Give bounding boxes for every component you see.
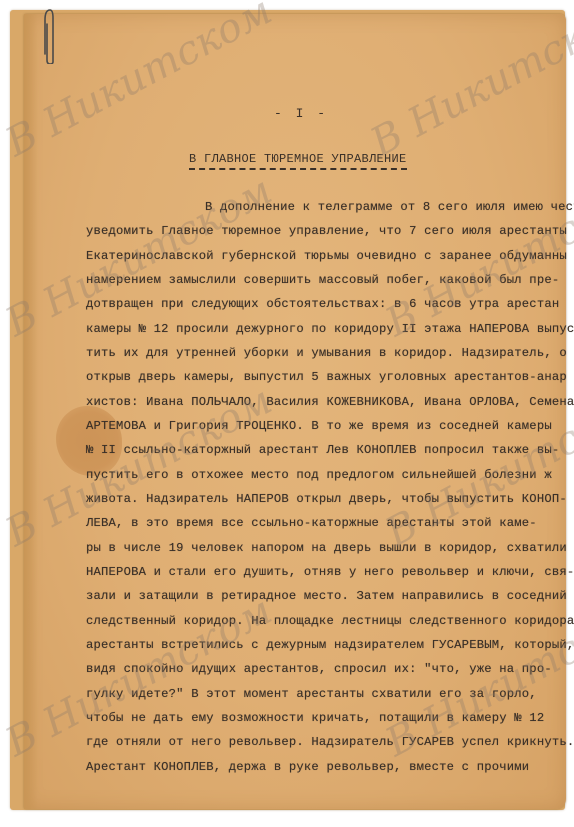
text-line: чтобы не дать ему возможности кричать, п… <box>86 711 544 725</box>
text-line: пустить его в отхожее место под предлого… <box>86 468 552 482</box>
paperclip-icon <box>42 6 54 64</box>
text-line: живота. Надзиратель НАПЕРОВ открыл дверь… <box>86 492 567 506</box>
text-line: ры в числе 19 человек напором на дверь в… <box>86 541 567 555</box>
text-line: АРТЕМОВА и Григория ТРОЦЕНКО. В то же вр… <box>86 419 552 433</box>
water-stain <box>56 406 122 476</box>
text-line: зали и затащили в ретирадное место. Зате… <box>86 589 567 603</box>
document-page: - I - В ГЛАВНОЕ ТЮРЕМНОЕ УПРАВЛЕНИЕ В до… <box>24 14 566 809</box>
text-line: арестанты встретились с дежурным надзира… <box>86 638 574 652</box>
text-line: В дополнение к телеграмме от 8 сего июля… <box>205 200 574 214</box>
document-heading: В ГЛАВНОЕ ТЮРЕМНОЕ УПРАВЛЕНИЕ <box>189 152 407 170</box>
text-line: открыв дверь камеры, выпустил 5 важных у… <box>86 370 567 384</box>
text-line: тить их для утренней уборки и умывания в… <box>86 346 567 360</box>
text-line: камеры № 12 просили дежурного по коридор… <box>86 322 574 336</box>
text-line: видя спокойно идущих арестантов, спросил… <box>86 662 552 676</box>
text-line: уведомить Главное тюремное управление, ч… <box>86 224 567 238</box>
page-edge <box>24 14 38 809</box>
text-line: где отняли от него револьвер. Надзирател… <box>86 735 574 749</box>
text-line: хистов: Ивана ПОЛЬЧАЛО, Василия КОЖЕВНИК… <box>86 395 574 409</box>
text-line: ЛЕВА, в это время все ссыльно-каторжные … <box>86 516 537 530</box>
text-line: намерением замыслили совершить массовый … <box>86 273 559 287</box>
text-line: дотвращен при следующих обстоятельствах:… <box>86 297 559 311</box>
text-line: Арестант КОНОПЛЕВ, держа в руке револьве… <box>86 760 529 774</box>
text-line: Екатеринославской губернской тюрьмы очев… <box>86 249 567 263</box>
text-line: НАПЕРОВА и стали его душить, отняв у нег… <box>86 565 574 579</box>
text-line: № II ссыльно-каторжный арестант Лев КОНО… <box>86 443 559 457</box>
page-number: - I - <box>274 106 328 121</box>
text-line: гулку идете?" В этот момент арестанты сх… <box>86 687 537 701</box>
text-line: следственный коридор. На площадке лестни… <box>86 614 574 628</box>
